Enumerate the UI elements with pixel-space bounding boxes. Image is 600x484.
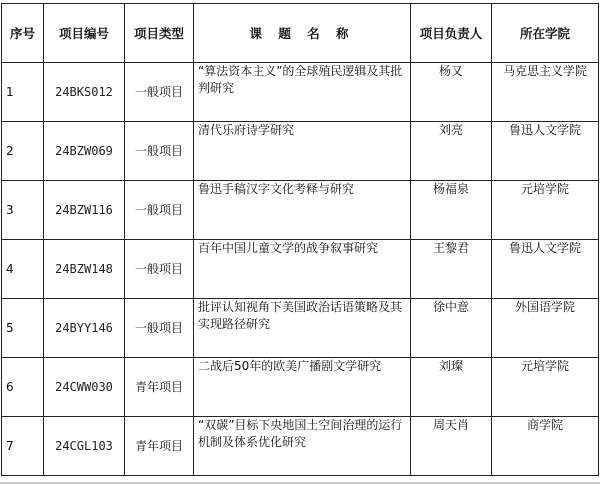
cell-type: 一般项目 — [125, 181, 194, 240]
table-row: 3 24BZW116 一般项目 鲁迅手稿汉字文化考释与研究 杨福泉 元培学院 — [2, 181, 599, 240]
cell-type: 一般项目 — [125, 240, 194, 299]
cell-no: 1 — [2, 63, 44, 122]
cell-no: 3 — [2, 181, 44, 240]
cell-school: 商学院 — [492, 417, 599, 476]
cell-no: 2 — [2, 122, 44, 181]
table-row: 7 24CGL103 青年项目 “双碳”目标下央地国土空间治理的运行机制及体系优… — [2, 417, 599, 476]
cell-leader: 周天肖 — [411, 417, 492, 476]
cell-no: 4 — [2, 240, 44, 299]
header-title: 课 题 名 称 — [194, 4, 411, 63]
cell-leader: 刘亮 — [411, 122, 492, 181]
cell-leader: 王黎君 — [411, 240, 492, 299]
cell-school: 外国语学院 — [492, 299, 599, 358]
cell-type: 一般项目 — [125, 122, 194, 181]
cell-no: 7 — [2, 417, 44, 476]
cell-code: 24BYY146 — [44, 299, 125, 358]
table-row: 5 24BYY146 一般项目 批评认知视角下美国政治话语策略及其实现路径研究 … — [2, 299, 599, 358]
cell-code: 24BKS012 — [44, 63, 125, 122]
table-row: 4 24BZW148 一般项目 百年中国儿童文学的战争叙事研究 王黎君 鲁迅人文… — [2, 240, 599, 299]
cell-title: 清代乐府诗学研究 — [194, 122, 411, 181]
cell-type: 青年项目 — [125, 358, 194, 417]
cell-no: 6 — [2, 358, 44, 417]
cell-type: 一般项目 — [125, 63, 194, 122]
cell-code: 24CWW030 — [44, 358, 125, 417]
cell-code: 24BZW148 — [44, 240, 125, 299]
header-school: 所在学院 — [492, 4, 599, 63]
cell-leader: 杨又 — [411, 63, 492, 122]
cell-type: 青年项目 — [125, 417, 194, 476]
cell-leader: 刘璨 — [411, 358, 492, 417]
cell-no: 5 — [2, 299, 44, 358]
cell-type: 一般项目 — [125, 299, 194, 358]
cell-title: 百年中国儿童文学的战争叙事研究 — [194, 240, 411, 299]
table-row: 6 24CWW030 青年项目 二战后50年的欧美广播剧文学研究 刘璨 元培学院 — [2, 358, 599, 417]
header-no: 序号 — [2, 4, 44, 63]
header-type: 项目类型 — [125, 4, 194, 63]
projects-table: 序号 项目编号 项目类型 课 题 名 称 项目负责人 所在学院 1 24BKS0… — [1, 3, 599, 476]
cell-title: “算法资本主义”的全球殖民逻辑及其批判研究 — [194, 63, 411, 122]
cell-school: 元培学院 — [492, 358, 599, 417]
cell-code: 24BZW116 — [44, 181, 125, 240]
cell-school: 鲁迅人文学院 — [492, 240, 599, 299]
header-row: 序号 项目编号 项目类型 课 题 名 称 项目负责人 所在学院 — [2, 4, 599, 63]
cell-leader: 徐中意 — [411, 299, 492, 358]
cell-code: 24BZW069 — [44, 122, 125, 181]
cell-title: 鲁迅手稿汉字文化考释与研究 — [194, 181, 411, 240]
cell-school: 元培学院 — [492, 181, 599, 240]
cell-leader: 杨福泉 — [411, 181, 492, 240]
table-row: 2 24BZW069 一般项目 清代乐府诗学研究 刘亮 鲁迅人文学院 — [2, 122, 599, 181]
header-leader: 项目负责人 — [411, 4, 492, 63]
header-code: 项目编号 — [44, 4, 125, 63]
cell-school: 马克思主义学院 — [492, 63, 599, 122]
cell-title: 批评认知视角下美国政治话语策略及其实现路径研究 — [194, 299, 411, 358]
cell-school: 鲁迅人文学院 — [492, 122, 599, 181]
cell-title: 二战后50年的欧美广播剧文学研究 — [194, 358, 411, 417]
table-row: 1 24BKS012 一般项目 “算法资本主义”的全球殖民逻辑及其批判研究 杨又… — [2, 63, 599, 122]
cell-code: 24CGL103 — [44, 417, 125, 476]
cell-title: “双碳”目标下央地国土空间治理的运行机制及体系优化研究 — [194, 417, 411, 476]
